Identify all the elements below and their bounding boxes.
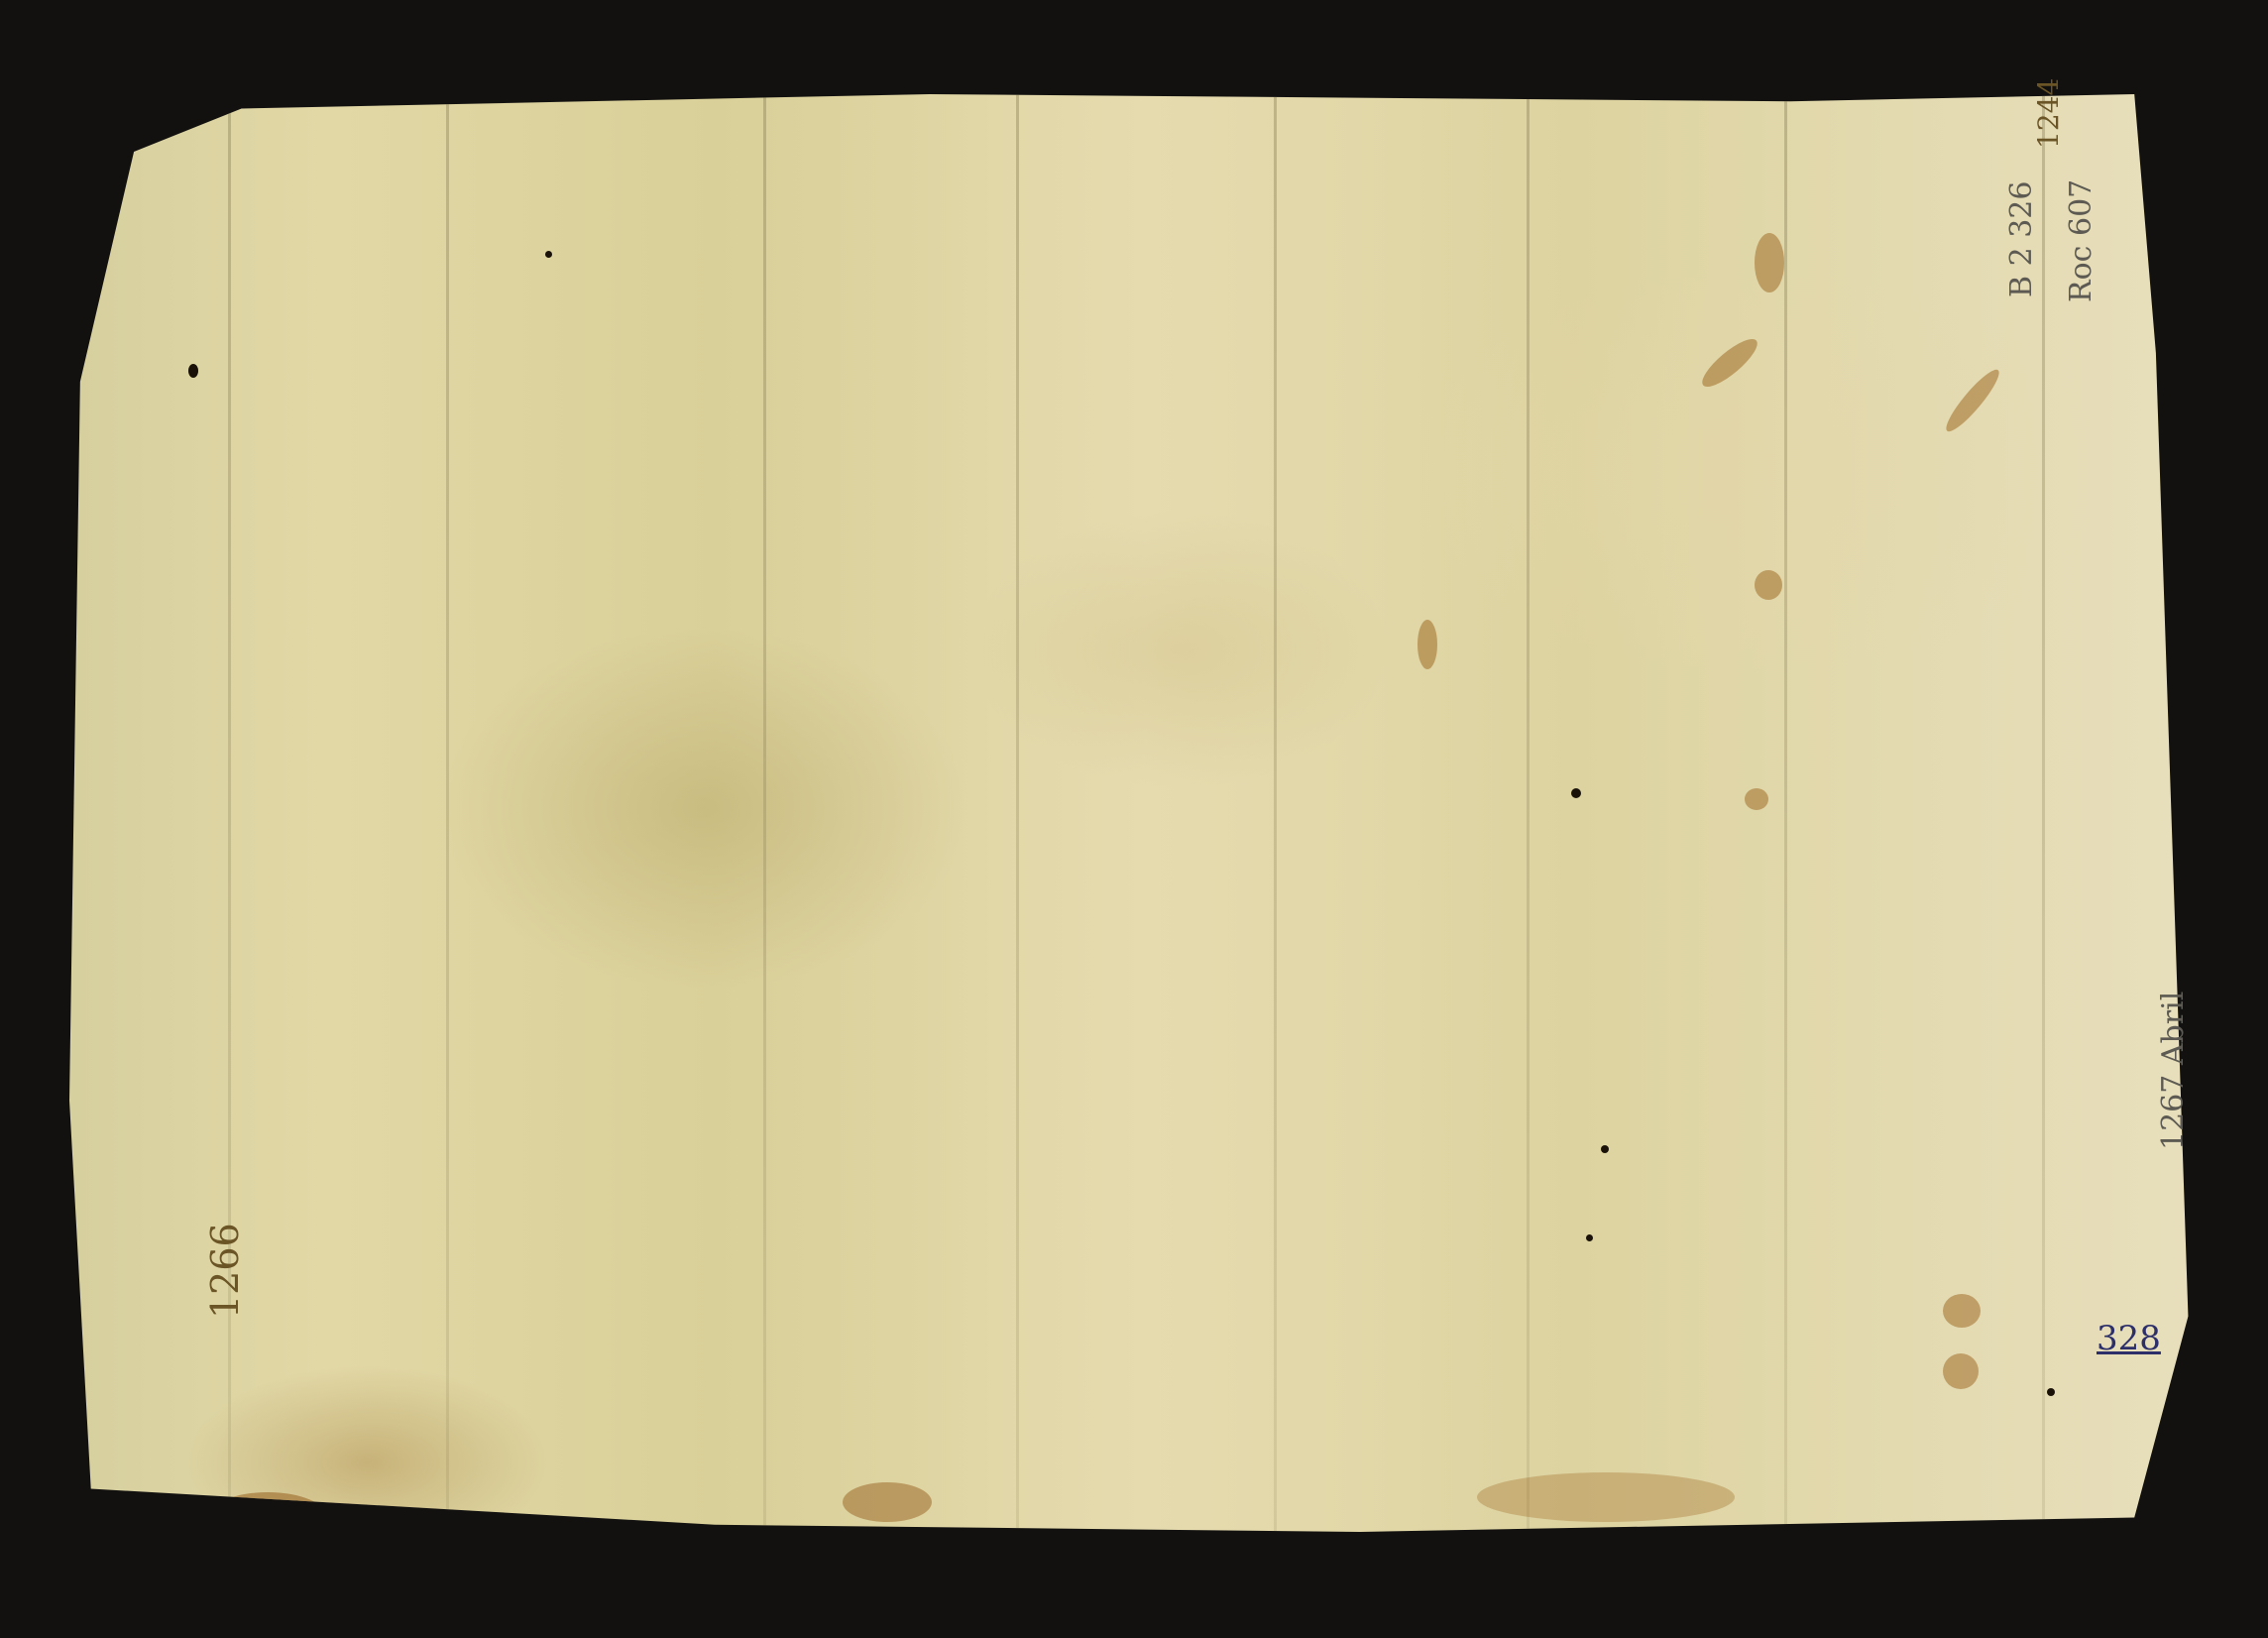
fold-line [2042, 94, 2045, 1532]
annotation-date: 1267 Abril [2156, 992, 2191, 1150]
ink-dot [1571, 788, 1581, 798]
ink-dot [1601, 1145, 1609, 1153]
fold-line [1274, 94, 1277, 1532]
annotation-folio-number: 328 [2097, 1319, 2161, 1358]
stain [1696, 332, 1763, 394]
stain [1417, 620, 1437, 669]
stain [1943, 1353, 1979, 1389]
ink-dot [545, 251, 552, 258]
annotation-shelfmark: Roc 607 [2064, 179, 2098, 302]
ink-dot [188, 364, 198, 378]
fold-line [1016, 94, 1019, 1532]
annotation-year: 1266 [203, 1223, 247, 1319]
fold-line [1784, 94, 1787, 1532]
stain [1943, 1294, 1981, 1328]
annotation-shelfmark: B 2 326 [2004, 181, 2039, 297]
fold-line [446, 94, 449, 1532]
annotation-old-number: 1244 [2032, 78, 2065, 149]
stain [1755, 570, 1782, 600]
ink-dot [1586, 1234, 1593, 1241]
parchment-sheet [69, 94, 2220, 1532]
stain [208, 1492, 327, 1542]
ink-dot [2047, 1388, 2055, 1396]
stain [1745, 788, 1768, 810]
stain [1477, 1472, 1735, 1522]
stain [843, 1482, 932, 1522]
stain [1940, 365, 2004, 437]
fold-line [1527, 94, 1530, 1532]
fold-line [763, 94, 766, 1532]
stain [1755, 233, 1784, 292]
